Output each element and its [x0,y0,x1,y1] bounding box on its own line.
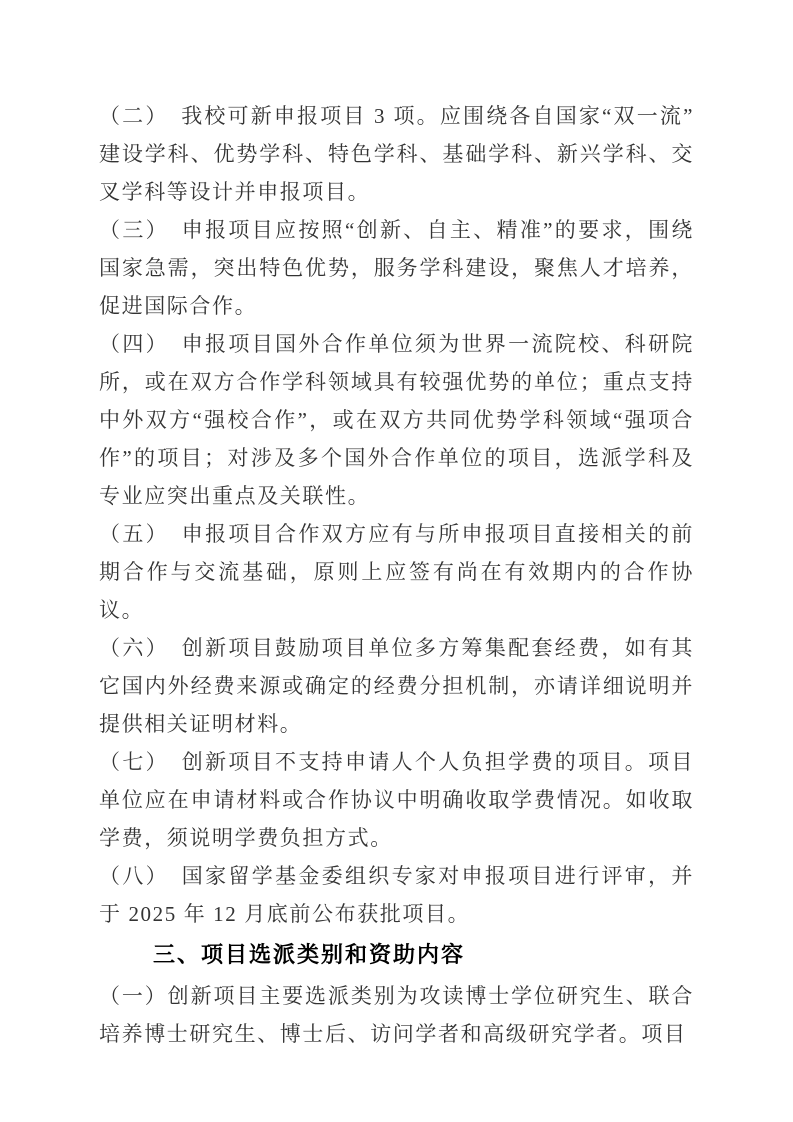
section-heading-3: 三、项目选派类别和资助内容 [99,936,694,974]
paragraph-item-4: （四） 申报项目国外合作单位须为世界一流院校、科研院所，或在双方合作学科领域具有… [99,325,694,515]
paragraph-item-1: （一）创新项目主要选派类别为攻读博士学位研究生、联合培养博士研究生、博士后、访问… [99,977,694,1053]
paragraph-item-8: （八） 国家留学基金委组织专家对申报项目进行评审，并于 2025 年 12 月底… [99,857,694,933]
paragraph-item-3: （三） 申报项目应按照“创新、自主、精准”的要求，围绕国家急需，突出特色优势，服… [99,211,694,325]
paragraph-item-5: （五） 申报项目合作双方应有与所申报项目直接相关的前期合作与交流基础，原则上应签… [99,515,694,629]
document-content: （二） 我校可新申报项目 3 项。应围绕各自国家“双一流”建设学科、优势学科、特… [99,97,694,1053]
paragraph-item-2: （二） 我校可新申报项目 3 项。应围绕各自国家“双一流”建设学科、优势学科、特… [99,97,694,211]
paragraph-item-6: （六） 创新项目鼓励项目单位多方筹集配套经费，如有其它国内外经费来源或确定的经费… [99,629,694,743]
paragraph-item-7: （七） 创新项目不支持申请人个人负担学费的项目。项目单位应在申请材料或合作协议中… [99,743,694,857]
document-page: （二） 我校可新申报项目 3 项。应围绕各自国家“双一流”建设学科、优势学科、特… [0,0,793,1122]
